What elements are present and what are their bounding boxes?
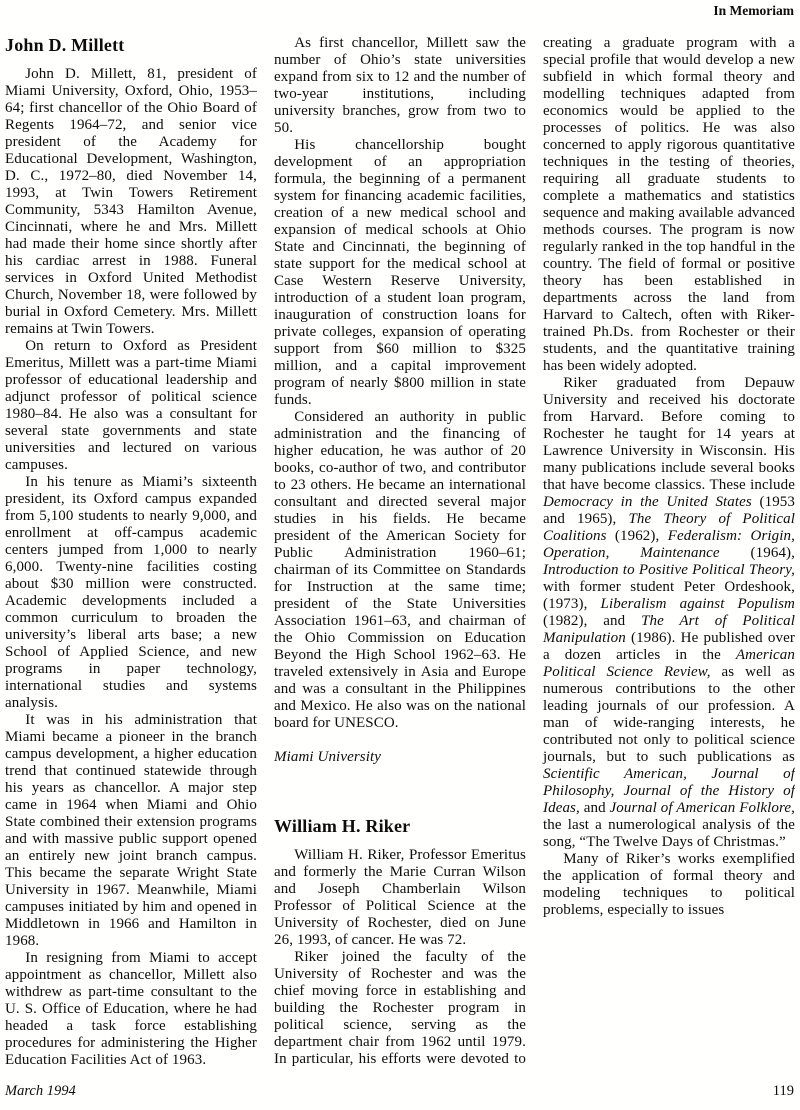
footer-page-number: 119: [773, 1083, 795, 1100]
article-paragraph: Considered an authority in public admini…: [274, 409, 526, 732]
article-paragraph: John D. Millett, 81, president of Miami …: [5, 66, 257, 338]
page: In Memoriam John D. MillettJohn D. Mille…: [0, 0, 800, 1110]
article-paragraph: As first chancellor, Millett saw the num…: [274, 35, 526, 137]
article-paragraph: His chancellorship bought development of…: [274, 137, 526, 409]
article-columns: John D. MillettJohn D. Millett, 81, pres…: [5, 35, 795, 1081]
article-paragraph: On return to Oxford as President Emeritu…: [5, 338, 257, 474]
article-title: William H. Riker: [274, 816, 526, 836]
article-paragraph: William H. Riker, Professor Emeritus and…: [274, 847, 526, 949]
article-paragraph: In resigning from Miami to accept appoin…: [5, 950, 257, 1069]
article-byline: Miami University: [274, 749, 526, 766]
article-paragraph: In his tenure as Miami’s sixteenth presi…: [5, 474, 257, 712]
running-head-text: In Memoriam: [713, 3, 794, 18]
page-header: In Memoriam: [5, 4, 795, 18]
article-paragraph: Riker graduated from Depauw University a…: [543, 375, 795, 851]
page-footer: March 1994 119: [5, 1083, 795, 1100]
article-paragraph: Many of Riker’s works exemplified the ap…: [543, 851, 795, 919]
article-title: John D. Millett: [5, 35, 257, 55]
article-paragraph: It was in his administration that Miami …: [5, 712, 257, 950]
journal-page: { "header": { "running_head": "In Memori…: [0, 0, 800, 1110]
footer-issue-date: March 1994: [5, 1083, 76, 1100]
